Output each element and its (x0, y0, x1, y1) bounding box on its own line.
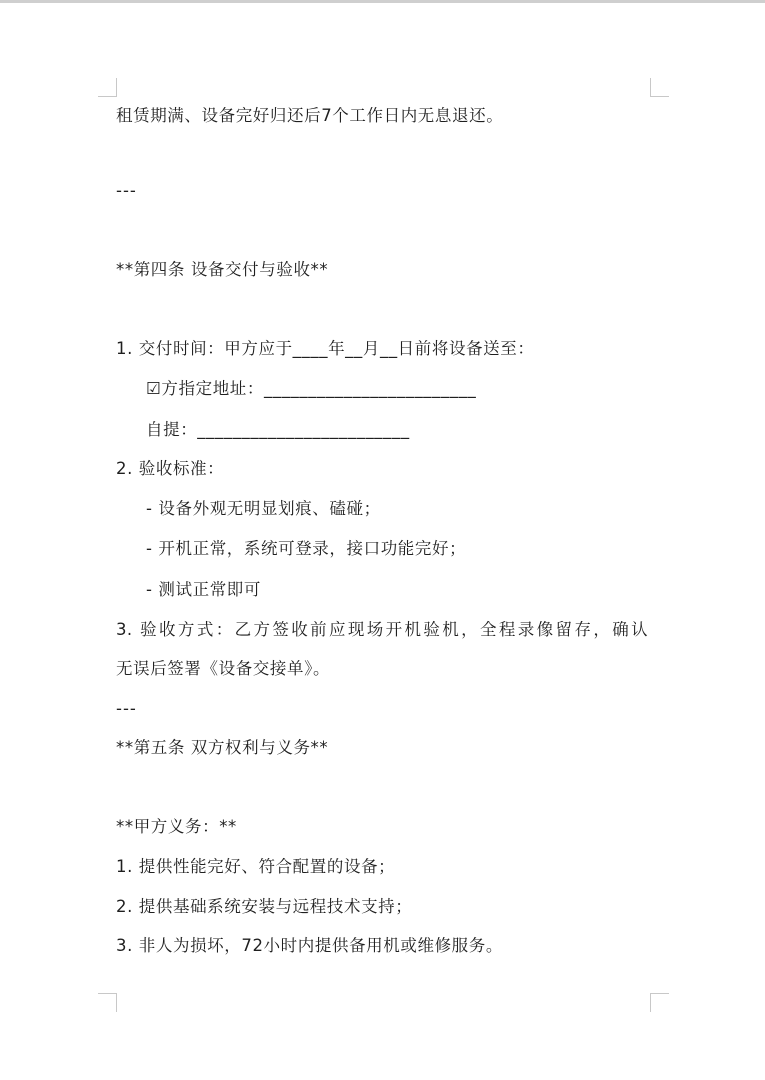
delivery-option-self-pickup: 自提：________________________ (146, 419, 410, 441)
section-heading-article-5: **第五条 双方权利与义务** (116, 737, 328, 759)
delivery-option-designated-address: ☑方指定地址：________________________ (146, 378, 476, 400)
separator-text: --- (116, 180, 137, 202)
list-item-acceptance-method: 3. 验收方式：乙方签收前应现场开机验机，全程录像留存，确认 (116, 619, 648, 641)
criteria-appearance: - 设备外观无明显划痕、磕碰； (146, 498, 381, 520)
paragraph-deposit-refund: 租赁期满、设备完好归还后7个工作日内无息退还。 (116, 105, 503, 127)
criteria-test: - 测试正常即可 (146, 579, 261, 601)
list-item-delivery-time: 1. 交付时间：甲方应于____年__月__日前将设备送至： (116, 338, 535, 360)
page-corner-mark-top-right (650, 78, 669, 97)
list-item-acceptance-method-cont: 无误后签署《设备交接单》。 (116, 658, 330, 680)
criteria-function: - 开机正常，系统可登录，接口功能完好； (146, 538, 466, 560)
section-heading-article-4: **第四条 设备交付与验收** (116, 259, 328, 281)
subheading-party-a-obligations: **甲方义务：** (116, 816, 237, 838)
obligation-item-2: 2. 提供基础系统安装与远程技术支持； (116, 896, 412, 918)
page-corner-mark-bottom-left (98, 993, 117, 1012)
window-top-border (0, 0, 765, 3)
list-item-acceptance-criteria: 2. 验收标准： (116, 458, 224, 480)
page-corner-mark-bottom-right (650, 993, 669, 1012)
obligation-item-3: 3. 非人为损坏，72小时内提供备用机或维修服务。 (116, 935, 503, 957)
obligation-item-1: 1. 提供性能完好、符合配置的设备； (116, 856, 395, 878)
separator-text: --- (116, 698, 137, 720)
page-corner-mark-top-left (98, 78, 117, 97)
